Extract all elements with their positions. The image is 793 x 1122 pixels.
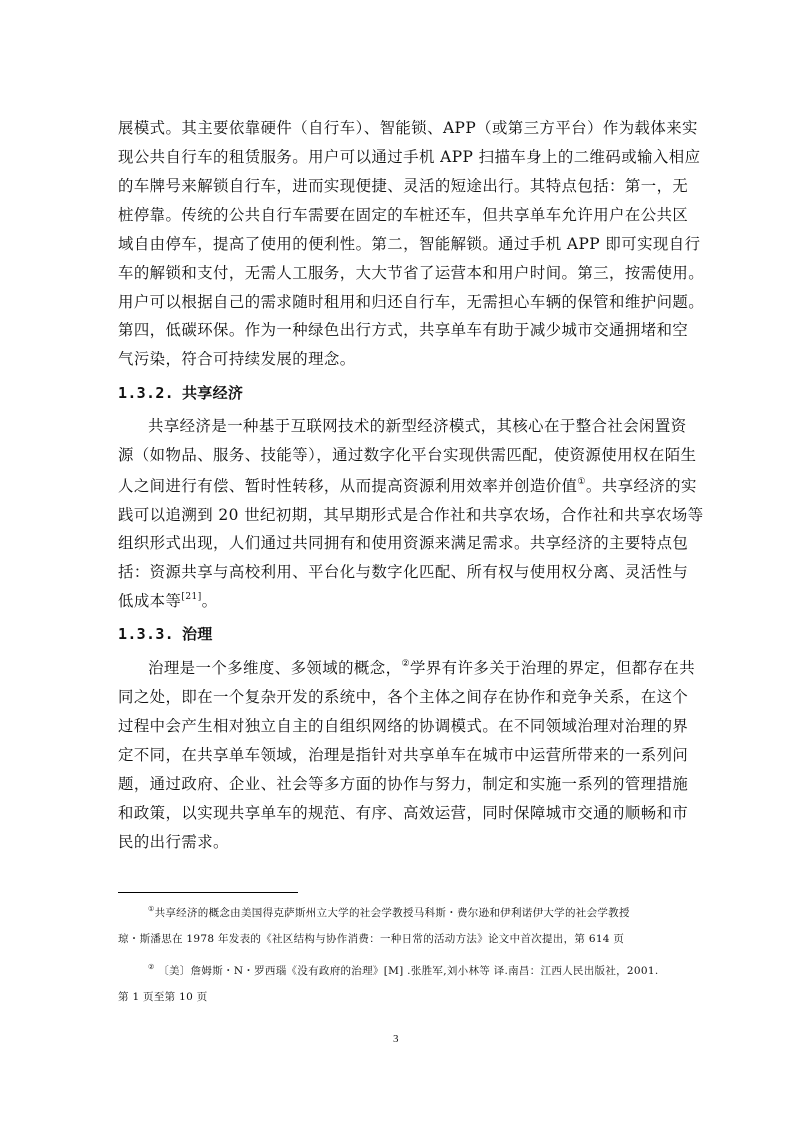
footnote-ref-1[interactable]: ①: [577, 477, 586, 487]
footnote-text: 共享经济的概念由美国得克萨斯州立大学的社会学教授马科斯・费尔逊和伊利诺伊大学的社…: [155, 907, 630, 919]
heading-title: 共享经济: [182, 384, 243, 402]
page-number: 3: [393, 1033, 399, 1045]
footnote-line: ①共享经济的概念由美国得克萨斯州立大学的社会学教授马科斯・费尔逊和伊利诺伊大学的…: [148, 905, 630, 920]
text-span: 学界有许多关于治理的界定，但都存在共: [410, 659, 695, 677]
section-heading-sharing-economy: 1.3.2.共享经济: [118, 382, 243, 403]
text-span: 。共享经济的实: [586, 477, 697, 495]
text-line: 定不同，在共享单车领域，治理是指针对共享单车在城市中运营所带来的一系列问: [118, 745, 678, 765]
text-span: 。: [202, 592, 218, 610]
text-line: 题，通过政府、企业、社会等多方面的协作与努力，制定和实施一系列的管理措施: [118, 774, 678, 794]
footnote-separator: [118, 892, 298, 893]
text-line: 车的解锁和支付，无需人工服务，大大节省了运营本和用户时间。第三，按需使用。: [118, 263, 678, 283]
text-line: 同之处，即在一个复杂开发的系统中，各个主体之间存在协作和竞争关系，在这个: [118, 687, 678, 707]
text-line: 人之间进行有偿、暂时性转移，从而提高资源利用效率并创造价值①。共享经济的实: [118, 476, 678, 496]
text-line: 桩停靠。传统的公共自行车需要在固定的车桩还车，但共享单车允许用户在公共区: [118, 205, 678, 225]
text-line: 民的出行需求。: [118, 832, 678, 852]
text-span: 低成本等: [118, 592, 181, 610]
text-line: 括：资源共享与高校利用、平台化与数字化匹配、所有权与使用权分离、灵活性与: [118, 562, 678, 582]
document-page: 展模式。其主要依靠硬件（自行车）、智能锁、APP（或第三方平台）作为载体来实 现…: [0, 0, 793, 1122]
footnote-marker: ②: [148, 963, 155, 971]
text-line: 气污染，符合可持续发展的理念。: [118, 349, 678, 369]
footnote-line: 琼・斯潘思在 1978 年发表的《社区结构与协作消费：一种日常的活动方法》论文中…: [118, 931, 624, 946]
heading-number: 1.3.3.: [118, 625, 174, 643]
text-line: 展模式。其主要依靠硬件（自行车）、智能锁、APP（或第三方平台）作为载体来实: [118, 118, 678, 138]
text-span: 治理是一个多维度、多领域的概念，: [148, 659, 401, 677]
footnote-text: 〔美〕詹姆斯・N・罗西瑙《没有政府的治理》[M] .张胜军,刘小林等 译.南昌：…: [158, 965, 658, 977]
heading-title: 治理: [182, 625, 213, 643]
text-line: 现公共自行车的租赁服务。用户可以通过手机 APP 扫描车身上的二维码或输入相应: [118, 147, 678, 167]
text-line: 用户可以根据自己的需求随时租用和归还自行车，无需担心车辆的保管和维护问题。: [118, 292, 678, 312]
text-line: 过程中会产生相对独立自主的自组织网络的协调模式。在不同领域治理对治理的界: [118, 716, 678, 736]
text-line: 和政策，以实现共享单车的规范、有序、高效运营，同时保障城市交通的顺畅和市: [118, 803, 678, 823]
text-line: 的车牌号来解锁自行车，进而实现便捷、灵活的短途出行。其特点包括：第一，无: [118, 176, 678, 196]
text-line: 共享经济是一种基于互联网技术的新型经济模式，其核心在于整合社会闲置资: [148, 416, 678, 436]
section-heading-governance: 1.3.3.治理: [118, 623, 213, 644]
citation-ref-21[interactable]: [21]: [181, 592, 201, 602]
footnote-line: ② 〔美〕詹姆斯・N・罗西瑙《没有政府的治理》[M] .张胜军,刘小林等 译.南…: [148, 963, 659, 978]
text-line: 治理是一个多维度、多领域的概念，②学界有许多关于治理的界定，但都存在共: [148, 658, 678, 678]
text-line: 低成本等[21]。: [118, 591, 678, 611]
text-line: 源（如物品、服务、技能等），通过数字化平台实现供需匹配，使资源使用权在陌生: [118, 445, 678, 465]
text-line: 第四，低碳环保。作为一种绿色出行方式，共享单车有助于减少城市交通拥堵和空: [118, 320, 678, 340]
text-line: 组织形式出现，人们通过共同拥有和使用资源来满足需求。共享经济的主要特点包: [118, 533, 678, 553]
heading-number: 1.3.2.: [118, 384, 174, 402]
text-span: 人之间进行有偿、暂时性转移，从而提高资源利用效率并创造价值: [118, 477, 577, 495]
footnote-ref-2[interactable]: ②: [401, 659, 410, 669]
text-line: 践可以追溯到 20 世纪初期，其早期形式是合作社和共享农场，合作社和共享农场等: [118, 505, 678, 525]
text-line: 域自由停车，提高了使用的便利性。第二，智能解锁。通过手机 APP 即可实现自行: [118, 234, 678, 254]
footnote-line: 第 1 页至第 10 页: [118, 989, 208, 1004]
footnote-marker: ①: [148, 905, 155, 913]
